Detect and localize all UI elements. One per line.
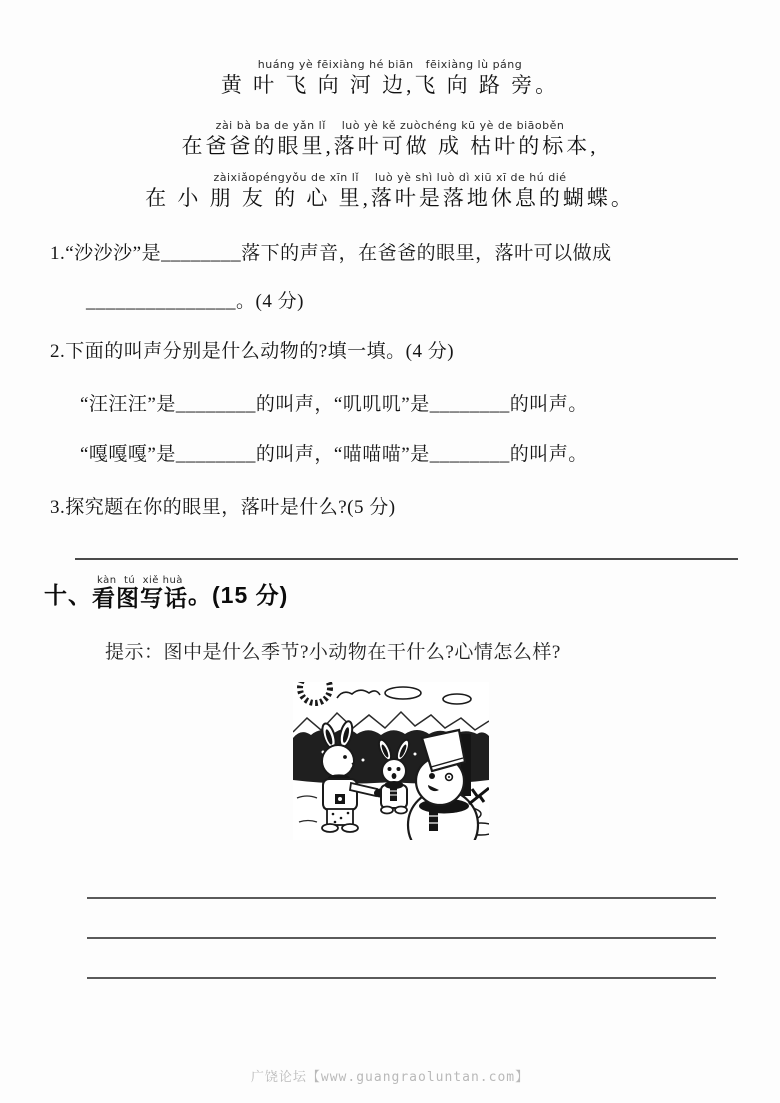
question-2-line-2: “嘎嘎嘎”是________的叫声，“喵喵喵”是________的叫声。 — [80, 439, 588, 466]
writing-line-3 — [87, 977, 716, 979]
exam-paper-page: huáng yè fēixiàng hé biān fēixiàng lù pá… — [0, 0, 780, 1103]
question-3-answer-line — [75, 558, 738, 560]
poem-line-3: 在 小 朋 友 的 心 里,落叶是落地休息的蝴蝶。 — [0, 182, 780, 212]
section-10-title-with-pinyin: kàn tú xiě huà 看图写话 — [92, 576, 188, 610]
poem-line-1: 黄 叶 飞 向 河 边,飞 向 路 旁。 — [0, 69, 780, 99]
poem-line-2: 在爸爸的眼里,落叶可做 成 枯叶的标本, — [0, 130, 780, 160]
snowman-scene-illustration — [293, 682, 489, 840]
foliage-speckle — [414, 753, 417, 756]
cloud-middle — [385, 687, 421, 699]
section-10-points: 。(15 分) — [188, 577, 288, 610]
branch-arm — [469, 788, 489, 804]
section-10-heading: 十、 kàn tú xiě huà 看图写话 。(15 分) — [44, 576, 288, 610]
section-10-title: 看图写话 — [92, 587, 188, 610]
question-2-line-1: “汪汪汪”是________的叫声，“叽叽叽”是________的叫声。 — [80, 389, 588, 416]
writing-line-1 — [87, 897, 716, 899]
foliage-speckle — [362, 759, 365, 762]
writing-hint: 提示：图中是什么季节?小动物在干什么?心情怎么样? — [105, 637, 561, 664]
sun-icon — [300, 682, 330, 703]
writing-line-2 — [87, 937, 716, 939]
section-10-number: 十、 — [44, 577, 92, 610]
watermark-footer: 广饶论坛【www.guangraoluntan.com】 — [0, 1066, 780, 1085]
question-3-prompt: 3.探究题在你的眼里，落叶是什么?(5 分) — [50, 492, 396, 519]
question-1-answer-blank: _______________。(4 分) — [86, 286, 304, 313]
cloud-squiggle-left — [337, 690, 380, 698]
cloud-right — [443, 694, 471, 704]
question-1-text: 1.“沙沙沙”是________落下的声音，在爸爸的眼里，落叶可以做成 — [50, 238, 612, 265]
question-2-prompt: 2.下面的叫声分别是什么动物的?填一填。(4 分) — [50, 336, 454, 363]
